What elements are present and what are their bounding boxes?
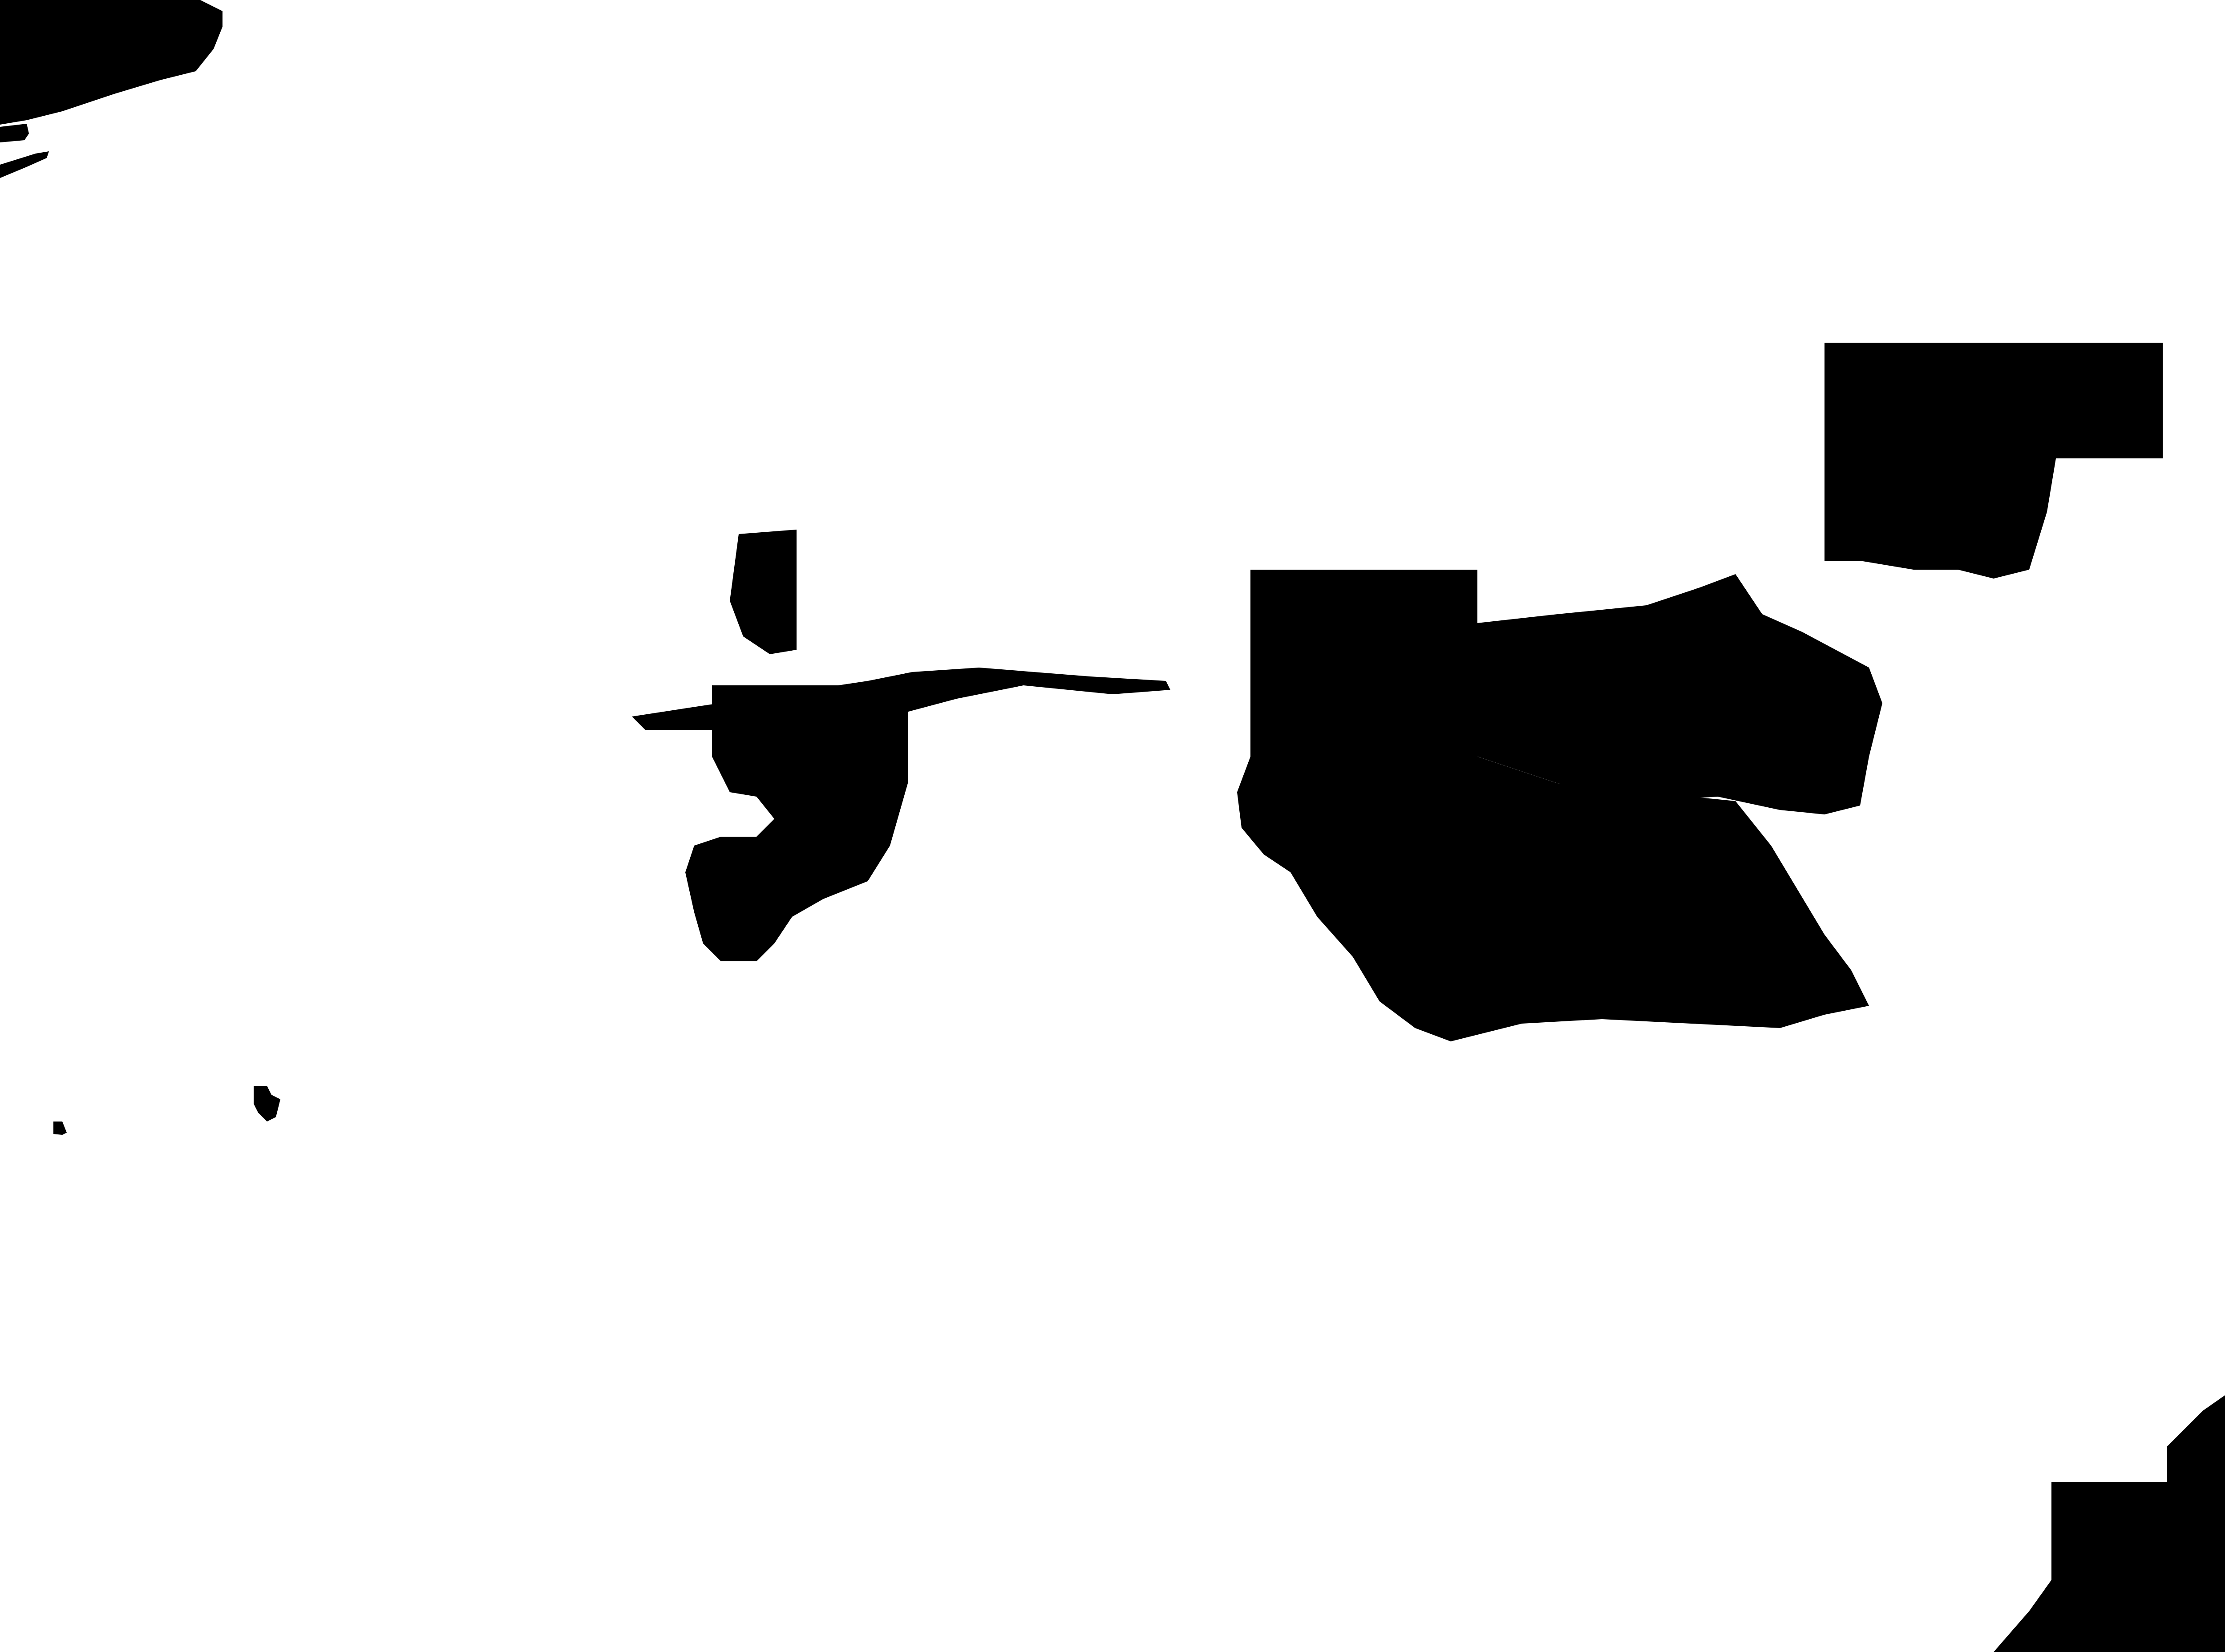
- central-upper-block: [1250, 570, 1477, 757]
- map-background: [0, 0, 2225, 1652]
- top-left-sliver-1: [0, 124, 29, 142]
- map-svg: [0, 0, 2225, 1652]
- map-canvas: [0, 0, 2225, 1652]
